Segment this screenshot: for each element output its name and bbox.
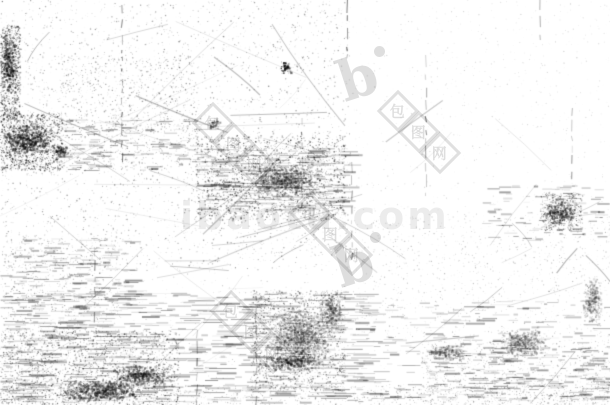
grunge-texture-image: ibaotu.com b b 包 图 网 包 图 网 包 图 网 包 图 网: [0, 0, 610, 405]
grunge-texture-canvas: [0, 0, 610, 405]
